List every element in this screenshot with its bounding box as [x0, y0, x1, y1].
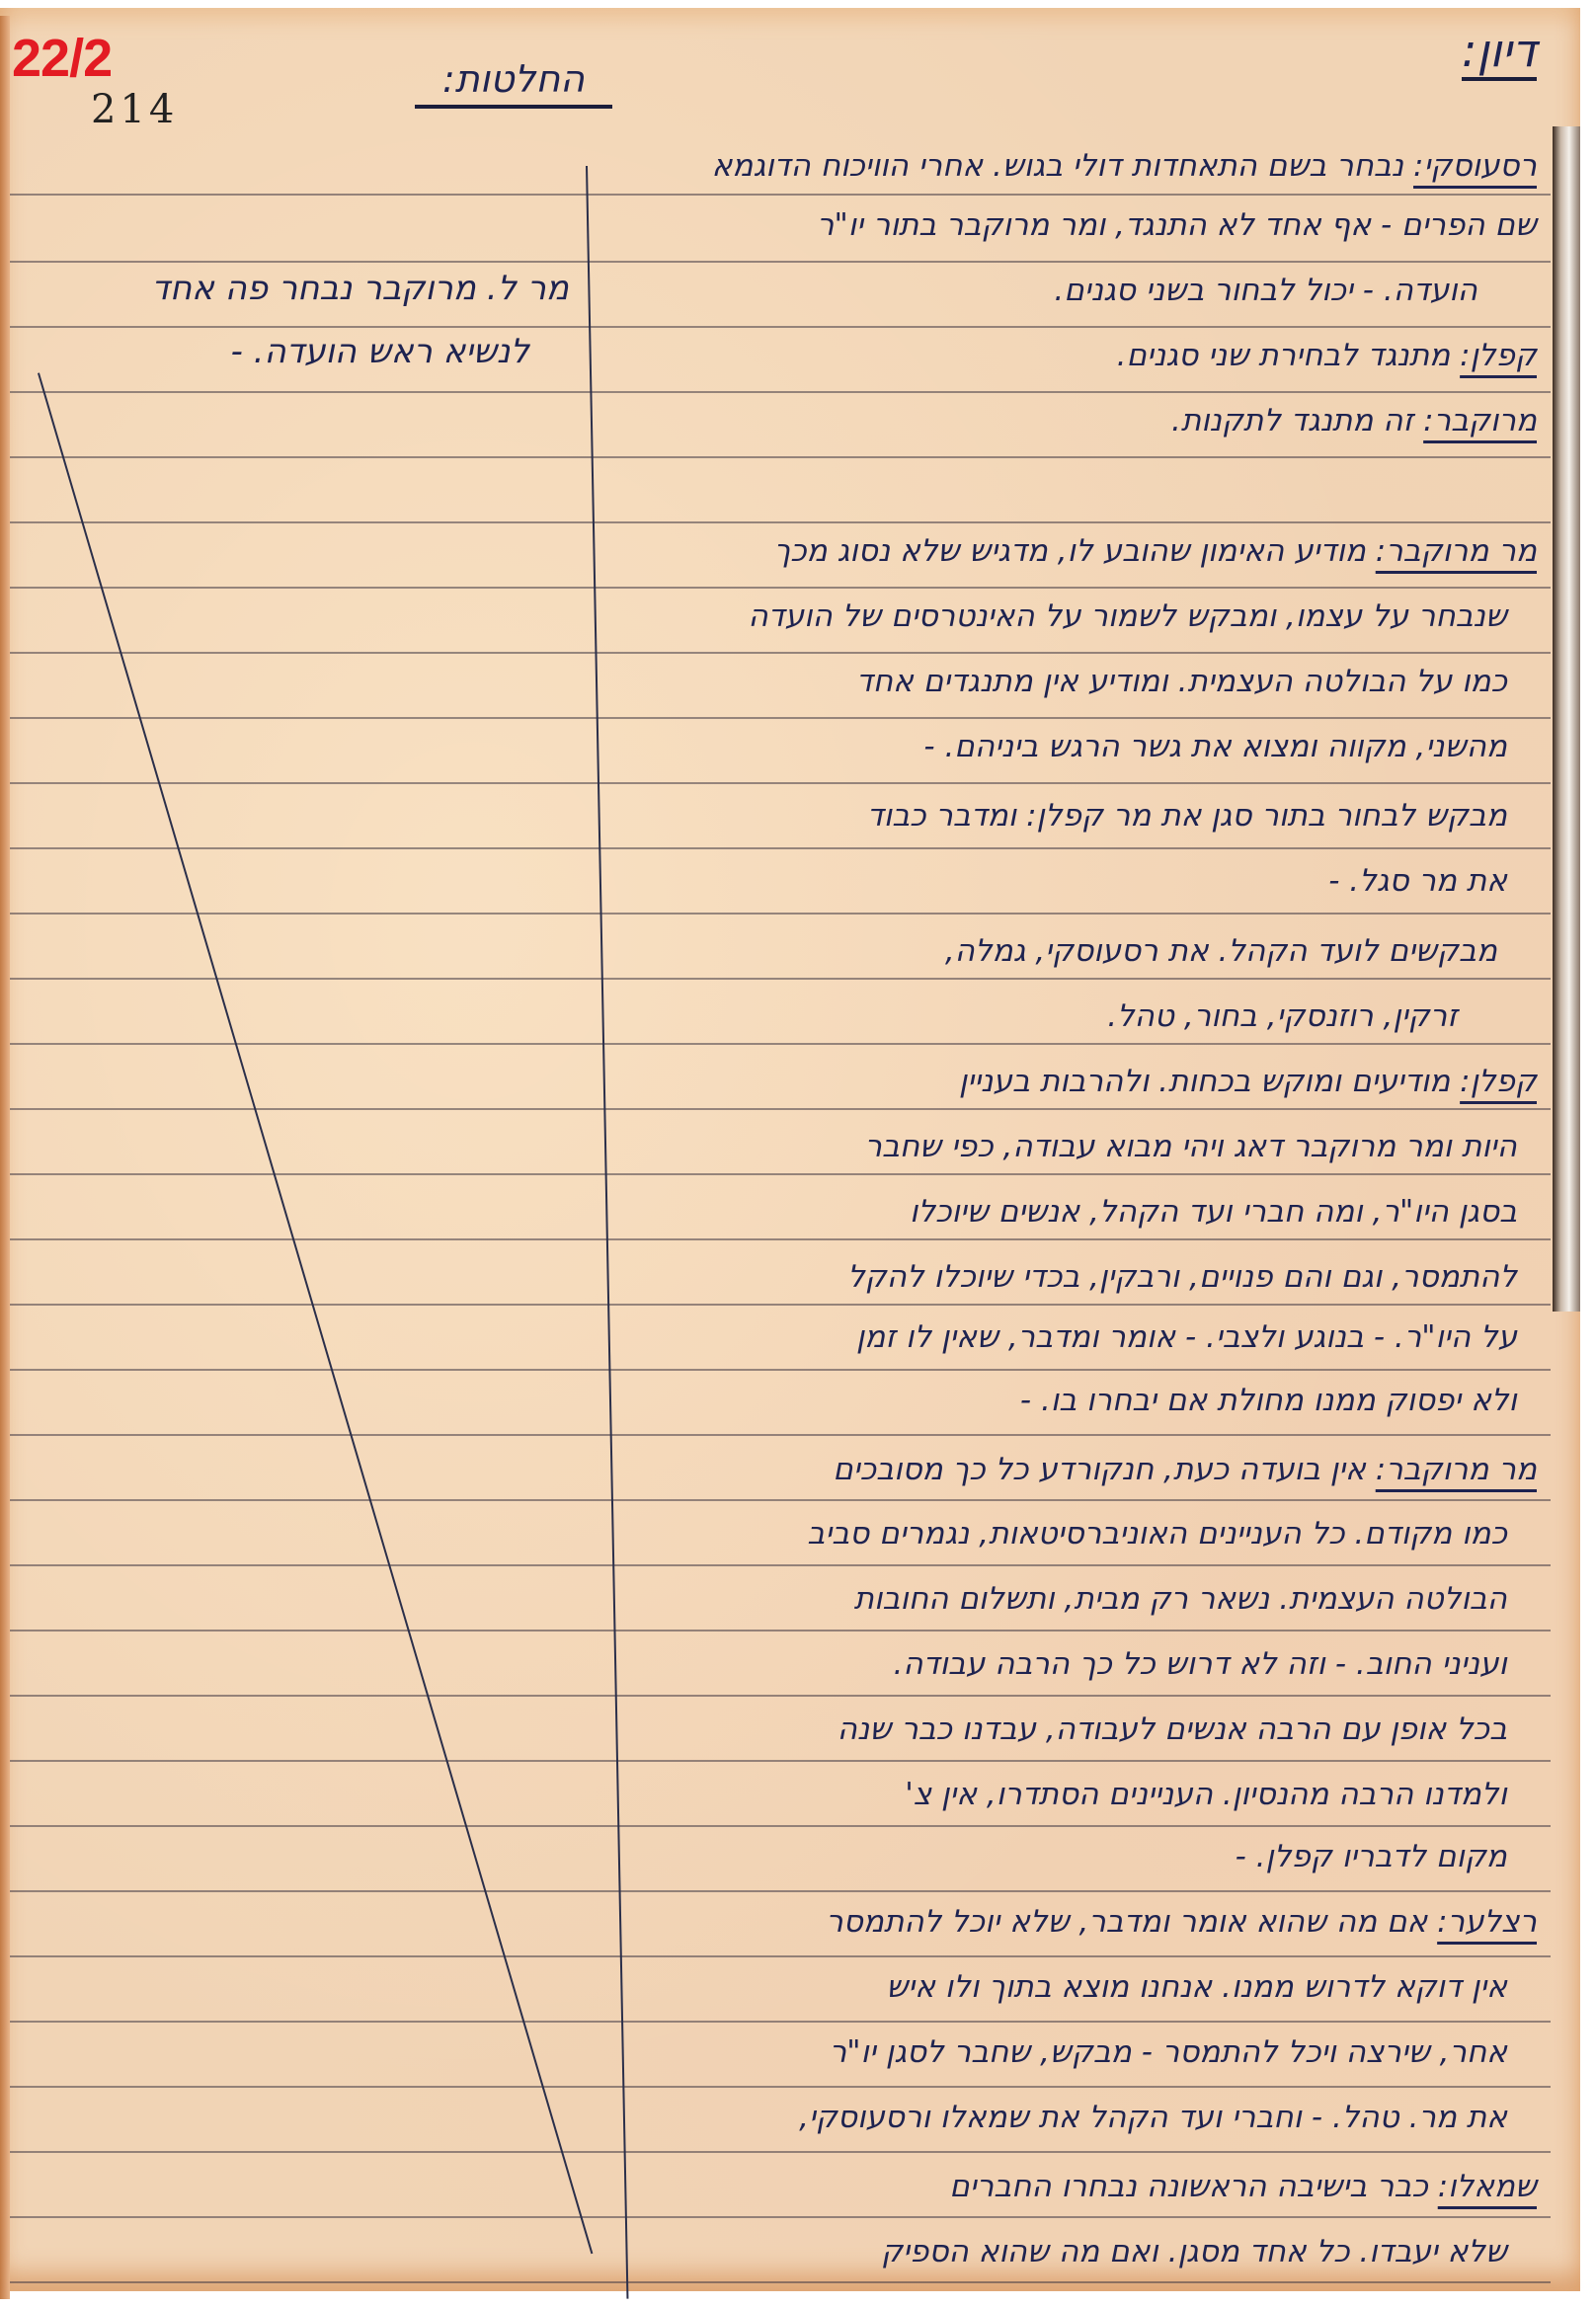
ruled-line [10, 1238, 1551, 1240]
line-text: שלא יעבדו. כל אחד מסגן. ואם מה שהוא הספי… [881, 2234, 1507, 2269]
ruled-line [10, 326, 1551, 328]
notebook-binding [1553, 126, 1580, 1312]
speaker-label: רצלער: [1437, 1904, 1537, 1940]
ruled-line [10, 2086, 1551, 2088]
ruled-line [10, 1369, 1551, 1371]
heading-decisions: החלטות: [415, 57, 612, 109]
ruled-line [10, 1695, 1551, 1697]
ruled-line [10, 1304, 1551, 1306]
text-line: זרקין, רוזנסקי, בחור, טהל. [1107, 998, 1458, 1034]
ruled-line [10, 1499, 1551, 1501]
text-line: קפלן: מתנגד לבחירת שני סגנים. [1117, 338, 1537, 373]
text-line: מבקשים לועד הקהל. את רסעוסקי, גמלה, [945, 933, 1497, 969]
line-text: בכל אופן עם הרבה אנשים לעבודה, עבדנו כבר… [838, 1711, 1507, 1747]
margin-note-line: לנשיא ראש הועדה. - [231, 332, 529, 371]
line-text: היות ומר מרוקבר דאג ויהי מבוא עבודה, כפי… [864, 1129, 1517, 1164]
line-text: על היו"ר. - בנוגע ולצבי. - אומר ומדבר, ש… [856, 1319, 1517, 1355]
text-line: כמו מקודם. כל העניינים האוניברסיטאות, נג… [807, 1516, 1507, 1552]
line-text: אין בועדה כעת, חנקורדע כל כך מסובכים [833, 1452, 1366, 1487]
ruled-line [10, 782, 1551, 784]
ruled-line [10, 1434, 1551, 1436]
diagonal-strike-line [38, 372, 593, 2254]
speaker-label: שמאלו: [1438, 2169, 1537, 2204]
ruled-line [10, 2216, 1551, 2218]
line-text: מקום לדבריו קפלן. - [1236, 1839, 1507, 1874]
speaker-label: מר מרוקבר: [1376, 1452, 1537, 1487]
text-line: על היו"ר. - בנוגע ולצבי. - אומר ומדבר, ש… [856, 1319, 1517, 1355]
speaker-label: קפלן: [1460, 338, 1537, 373]
ruled-line [10, 456, 1551, 458]
ruled-line [10, 1825, 1551, 1827]
ruled-line [10, 2151, 1551, 2153]
line-text: ועניני החוב. - וזה לא דרוש כל כך הרבה עב… [893, 1646, 1507, 1682]
text-line: את מר סגל. - [1328, 863, 1507, 899]
line-text: שם הפרים - אף אחד לא התנגד, ומר מרוקבר ב… [817, 207, 1537, 243]
line-text: אחר, שירצה ויכל להתמסר - מבקש, שחבר לסגן… [830, 2034, 1507, 2070]
text-line: להתמסר, וגם והם פנויים, ורבקין, בכדי שיו… [847, 1259, 1517, 1295]
line-text: מבקשים לועד הקהל. את רסעוסקי, גמלה, [945, 933, 1497, 969]
ruled-line [10, 587, 1551, 589]
line-text: מודיע האימון שהובע לו, מדגיש שלא נסוג מכ… [774, 533, 1366, 569]
line-text: מתנגד לבחירת שני סגנים. [1117, 338, 1451, 373]
speaker-label: מרוקבר: [1423, 403, 1537, 438]
line-text: להתמסר, וגם והם פנויים, ורבקין, בכדי שיו… [847, 1259, 1517, 1295]
text-line: כמו על הבולטה העצמית. ומודיע אין מתנגדים… [856, 664, 1507, 699]
text-line: בכל אופן עם הרבה אנשים לעבודה, עבדנו כבר… [838, 1711, 1507, 1747]
text-line: מהשני, מקווה ומצוא את גשר הרגש ביניהם. - [923, 729, 1507, 764]
ruled-line [10, 1564, 1551, 1566]
ruled-line [10, 847, 1551, 849]
text-line: רסעוסקי: נבחר בשם התאחדות דולי בגוש. אחר… [712, 148, 1537, 184]
text-line: מר מרוקבר: אין בועדה כעת, חנקורדע כל כך … [833, 1452, 1537, 1487]
ruled-line [10, 1955, 1551, 1957]
corner-label-discussion: דיון: [1462, 24, 1537, 81]
ruled-line [10, 913, 1551, 915]
speaker-label: קפלן: [1460, 1064, 1537, 1099]
line-text: מהשני, מקווה ומצוא את גשר הרגש ביניהם. - [923, 729, 1507, 764]
page-left-edge [0, 16, 10, 2299]
ruled-line [10, 1173, 1551, 1175]
ruled-line [10, 521, 1551, 523]
ruled-line [10, 1043, 1551, 1045]
line-text: אין דוקא לדרוש ממנו. אנחנו מוצא בתוך ולו… [886, 1969, 1507, 2005]
line-text: ולמדנו הרבה מהנסיון. העניינים הסתדרו, אי… [905, 1777, 1507, 1812]
line-text: ולא יפסוק ממנו מחולת אם יבחרו בו. - [1020, 1383, 1517, 1418]
text-line: ועניני החוב. - וזה לא דרוש כל כך הרבה עב… [893, 1646, 1507, 1682]
text-line: שמאלו: כבר בישיבה הראשונה נבחרו החברים [949, 2169, 1537, 2204]
line-text: בסגן היו"ר, ומה חברי ועד הקהל, אנשים שיו… [910, 1194, 1517, 1230]
vertical-margin-line [586, 166, 628, 2299]
line-text: אם מה שהוא אומר ומדבר, שלא יוכל להתמסר [826, 1904, 1427, 1940]
ruled-line [10, 391, 1551, 393]
text-line: אחר, שירצה ויכל להתמסר - מבקש, שחבר לסגן… [830, 2034, 1507, 2070]
text-line: היות ומר מרוקבר דאג ויהי מבוא עבודה, כפי… [864, 1129, 1517, 1164]
text-line: שנבחר על עצמו, ומבקש לשמור על האינטרסים … [749, 598, 1507, 634]
margin-note-line: מר ל. מרוקבר נבחר פה אחד [151, 269, 569, 308]
ruled-line [10, 1108, 1551, 1110]
line-text: כבר בישיבה הראשונה נבחרו החברים [949, 2169, 1428, 2204]
ruled-line [10, 1630, 1551, 1632]
line-text: מודיעים ומוקש בכחות. ולהרבות בעניין [959, 1064, 1450, 1099]
text-line: שלא יעבדו. כל אחד מסגן. ואם מה שהוא הספי… [881, 2234, 1507, 2269]
ruled-line [10, 2021, 1551, 2023]
text-line: רצלער: אם מה שהוא אומר ומדבר, שלא יוכל ל… [826, 1904, 1537, 1940]
text-line: מר מרוקבר: מודיע האימון שהובע לו, מדגיש … [774, 533, 1537, 569]
text-line: מבקש לבחור בתור סגן את מר קפלן: ומדבר כב… [867, 798, 1507, 834]
text-line: אין דוקא לדרוש ממנו. אנחנו מוצא בתוך ולו… [886, 1969, 1507, 2005]
text-line: קפלן: מודיעים ומוקש בכחות. ולהרבות בעניי… [959, 1064, 1537, 1099]
ruled-line [10, 2281, 1551, 2283]
line-text: כמו מקודם. כל העניינים האוניברסיטאות, נג… [807, 1516, 1507, 1552]
ruled-line [10, 1760, 1551, 1762]
line-text: שנבחר על עצמו, ומבקש לשמור על האינטרסים … [749, 598, 1507, 634]
ruled-line [10, 717, 1551, 719]
line-text: הבולטה העצמית. נשאר רק מבית, ותשלום החוב… [854, 1581, 1507, 1617]
ruled-line [10, 194, 1551, 196]
text-line: הבולטה העצמית. נשאר רק מבית, ותשלום החוב… [854, 1581, 1507, 1617]
archive-stamp: 22/2 [12, 28, 112, 89]
line-text: כמו על הבולטה העצמית. ומודיע אין מתנגדים… [856, 664, 1507, 699]
text-line: מקום לדבריו קפלן. - [1236, 1839, 1507, 1874]
ruled-line [10, 978, 1551, 980]
text-line: ולא יפסוק ממנו מחולת אם יבחרו בו. - [1020, 1383, 1517, 1418]
line-text: מבקש לבחור בתור סגן את מר קפלן: ומדבר כב… [867, 798, 1507, 834]
text-line: ולמדנו הרבה מהנסיון. העניינים הסתדרו, אי… [905, 1777, 1507, 1812]
text-line: מרוקבר: זה מתנגד לתקנות. [1171, 403, 1537, 438]
ruled-line [10, 1890, 1551, 1892]
ruled-line [10, 652, 1551, 654]
line-text: את מר סגל. - [1328, 863, 1507, 899]
text-line: הועדה. - יכול לבחור בשני סגנים. [1054, 273, 1477, 308]
ruled-line [10, 261, 1551, 263]
page-number: 214 [91, 87, 178, 132]
text-line: את מר. טהל. - וחברי ועד הקהל את שמאלו ור… [799, 2100, 1507, 2135]
line-text: נבחר בשם התאחדות דולי בגוש. אחרי הוויכוח… [712, 148, 1404, 184]
speaker-label: מר מרוקבר: [1376, 533, 1537, 569]
text-line: שם הפרים - אף אחד לא התנגד, ומר מרוקבר ב… [817, 207, 1537, 243]
line-text: את מר. טהל. - וחברי ועד הקהל את שמאלו ור… [799, 2100, 1507, 2135]
line-text: זה מתנגד לתקנות. [1171, 403, 1413, 438]
text-line: בסגן היו"ר, ומה חברי ועד הקהל, אנשים שיו… [910, 1194, 1517, 1230]
speaker-label: רסעוסקי: [1413, 148, 1537, 184]
line-text: זרקין, רוזנסקי, בחור, טהל. [1107, 998, 1458, 1034]
line-text: הועדה. - יכול לבחור בשני סגנים. [1054, 273, 1477, 308]
